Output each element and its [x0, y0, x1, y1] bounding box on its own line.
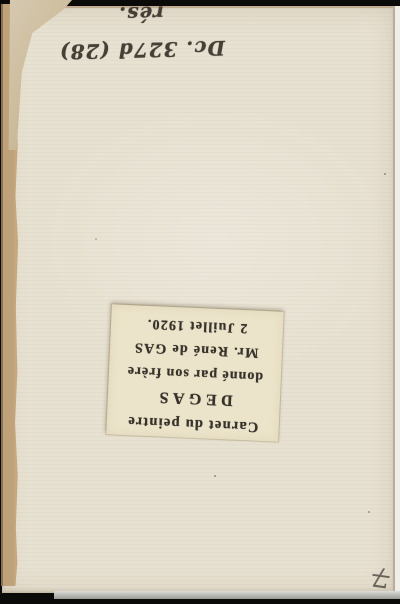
- label-line-donor: donné par son frère: [113, 361, 278, 384]
- notebook-page: [2, 6, 394, 593]
- bottom-page-edges: [54, 591, 400, 599]
- label-line-date: 2 Juillet 1920.: [115, 313, 280, 336]
- label-line-giver: Mr. René de GAS: [114, 337, 279, 360]
- paper-texture: [2, 8, 394, 593]
- paper-speck: [368, 511, 370, 513]
- label-line-artist: DEGAS: [112, 385, 277, 410]
- paper-speck: [214, 475, 216, 477]
- corner-pencil-mark: 7: [366, 556, 397, 595]
- pasted-label: Carnet du peintre DEGAS donné par son fr…: [106, 304, 284, 441]
- paper-speck: [384, 173, 386, 175]
- fore-edge-pages: [393, 6, 400, 598]
- handwritten-shelfmark: Dc. 327d (28) rés.: [48, 30, 237, 71]
- paper-speck: [95, 238, 97, 240]
- label-line-title: Carnet du peintre: [111, 411, 276, 435]
